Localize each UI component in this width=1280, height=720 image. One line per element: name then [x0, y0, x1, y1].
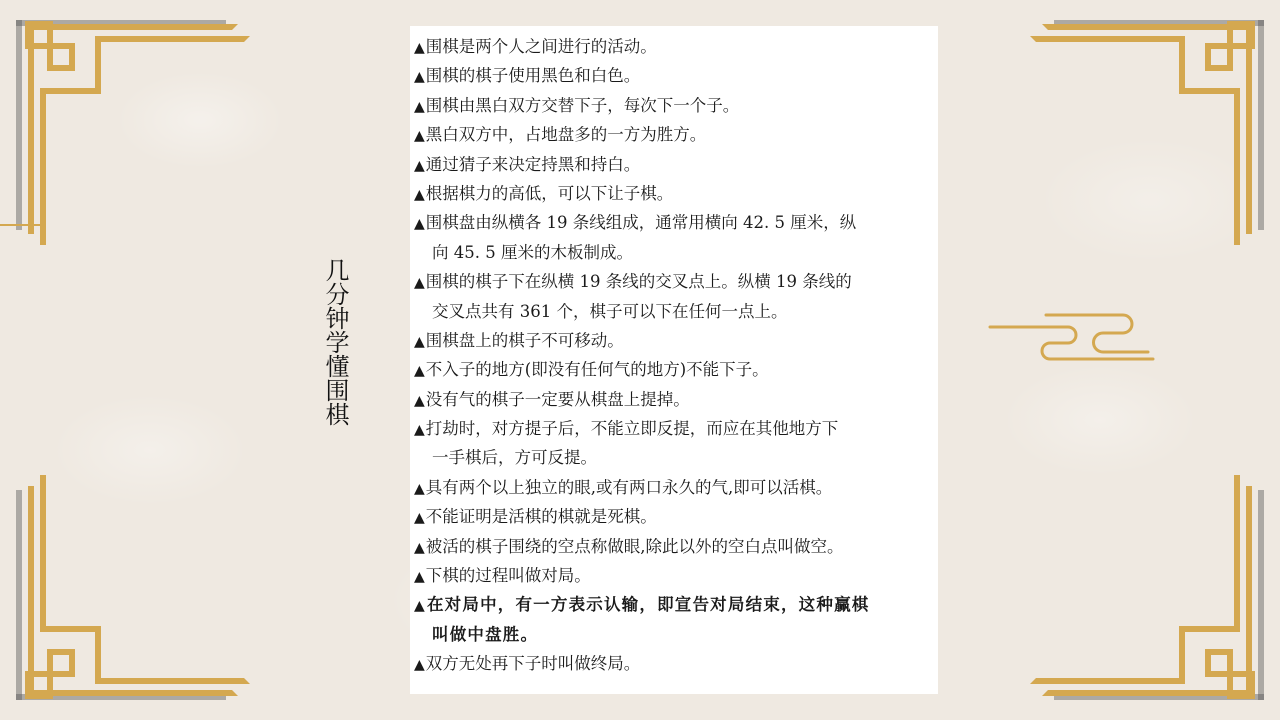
rule-item: ▲打劫时，对方提子后，不能立即反提，而应在其他地方下 [414, 414, 938, 443]
triangle-bullet-icon: ▲ [414, 187, 425, 203]
knot-border-icon [1020, 460, 1280, 720]
rule-item: ▲围棋盘上的棋子不可移动。 [414, 326, 938, 355]
knot-border-icon [0, 460, 260, 720]
rule-text: 围棋由黑白双方交替下子，每次下一个子。 [426, 96, 740, 115]
triangle-bullet-icon: ▲ [414, 657, 425, 673]
triangle-bullet-icon: ▲ [414, 540, 425, 556]
rule-item-continuation: 交叉点共有 361 个，棋子可以下在任何一点上。 [414, 297, 938, 326]
triangle-bullet-icon: ▲ [414, 393, 425, 409]
triangle-bullet-icon: ▲ [414, 569, 425, 585]
corner-ornament-bottom-left [0, 460, 260, 720]
triangle-bullet-icon: ▲ [414, 99, 425, 115]
cloud-swirl-icon [978, 312, 1158, 362]
page-title: 几分钟学懂围棋 [300, 258, 350, 426]
rule-text: 围棋盘由纵横各 19 条线组成，通常用横向 42. 5 厘米，纵 [426, 213, 856, 232]
corner-ornament-top-right [1020, 0, 1280, 260]
rule-item: ▲黑白双方中，占地盘多的一方为胜方。 [414, 120, 938, 149]
rule-text: 向 45. 5 厘米的木板制成。 [432, 243, 633, 262]
rule-text: 下棋的过程叫做对局。 [426, 566, 591, 585]
triangle-bullet-icon: ▲ [414, 422, 425, 438]
rule-item: ▲下棋的过程叫做对局。 [414, 561, 938, 590]
rules-document: ▲围棋是两个人之间进行的活动。▲围棋的棋子使用黑色和白色。▲围棋由黑白双方交替下… [410, 26, 938, 694]
triangle-bullet-icon: ▲ [414, 510, 425, 526]
rule-text: 打劫时，对方提子后，不能立即反提，而应在其他地方下 [426, 419, 839, 438]
rule-text: 双方无处再下子时叫做终局。 [426, 654, 641, 673]
rule-item: ▲通过猜子来决定持黑和持白。 [414, 150, 938, 179]
rule-text: 围棋的棋子下在纵横 19 条线的交叉点上。纵横 19 条线的 [426, 272, 852, 291]
triangle-bullet-icon: ▲ [414, 128, 425, 144]
triangle-bullet-icon: ▲ [414, 481, 425, 497]
rule-text: 交叉点共有 361 个，棋子可以下在任何一点上。 [432, 302, 787, 321]
rule-item: ▲在对局中，有一方表示认输，即宣告对局结束，这种赢棋 [414, 590, 938, 619]
rule-item: ▲不能证明是活棋的棋就是死棋。 [414, 502, 938, 531]
triangle-bullet-icon: ▲ [414, 69, 425, 85]
rule-item: ▲根据棋力的高低，可以下让子棋。 [414, 179, 938, 208]
triangle-bullet-icon: ▲ [414, 40, 425, 56]
rule-text: 具有两个以上独立的眼,或有两口永久的气,即可以活棋。 [426, 478, 833, 497]
corner-ornament-top-left [0, 0, 260, 260]
triangle-bullet-icon: ▲ [414, 216, 425, 232]
rule-item: ▲围棋是两个人之间进行的活动。 [414, 32, 938, 61]
rule-text: 叫做中盘胜。 [432, 625, 538, 644]
triangle-bullet-icon: ▲ [414, 334, 425, 350]
rule-text: 在对局中，有一方表示认输，即宣告对局结束，这种赢棋 [427, 595, 870, 614]
rule-text: 通过猜子来决定持黑和持白。 [426, 155, 641, 174]
rule-text: 没有气的棋子一定要从棋盘上提掉。 [426, 390, 690, 409]
rule-item: ▲围棋的棋子使用黑色和白色。 [414, 61, 938, 90]
rule-text: 不能证明是活棋的棋就是死棋。 [426, 507, 657, 526]
rule-item: ▲双方无处再下子时叫做终局。 [414, 649, 938, 678]
rule-text: 根据棋力的高低，可以下让子棋。 [426, 184, 674, 203]
rule-text: 围棋的棋子使用黑色和白色。 [426, 66, 641, 85]
rule-item: ▲不入子的地方(即没有任何气的地方)不能下子。 [414, 355, 938, 384]
rule-text: 围棋是两个人之间进行的活动。 [426, 37, 657, 56]
rule-text: 围棋盘上的棋子不可移动。 [426, 331, 624, 350]
rule-item: ▲围棋的棋子下在纵横 19 条线的交叉点上。纵横 19 条线的 [414, 267, 938, 296]
rule-item: ▲被活的棋子围绕的空点称做眼,除此以外的空白点叫做空。 [414, 532, 938, 561]
rule-text: 黑白双方中，占地盘多的一方为胜方。 [426, 125, 707, 144]
rule-item-continuation: 一手棋后，方可反提。 [414, 443, 938, 472]
rule-item: ▲围棋盘由纵横各 19 条线组成，通常用横向 42. 5 厘米，纵 [414, 208, 938, 237]
rule-text: 被活的棋子围绕的空点称做眼,除此以外的空白点叫做空。 [426, 537, 844, 556]
triangle-bullet-icon: ▲ [414, 598, 426, 614]
rule-item: ▲具有两个以上独立的眼,或有两口永久的气,即可以活棋。 [414, 473, 938, 502]
knot-border-icon [1020, 0, 1280, 260]
rule-item: ▲围棋由黑白双方交替下子，每次下一个子。 [414, 91, 938, 120]
knot-border-icon [0, 0, 260, 260]
triangle-bullet-icon: ▲ [414, 275, 425, 291]
rule-text: 一手棋后，方可反提。 [432, 448, 597, 467]
rule-item-continuation: 向 45. 5 厘米的木板制成。 [414, 238, 938, 267]
rule-item-continuation: 叫做中盘胜。 [414, 620, 938, 649]
triangle-bullet-icon: ▲ [414, 158, 425, 174]
decorative-rule [0, 224, 40, 226]
rule-item: ▲没有气的棋子一定要从棋盘上提掉。 [414, 385, 938, 414]
rule-text: 不入子的地方(即没有任何气的地方)不能下子。 [426, 360, 769, 379]
triangle-bullet-icon: ▲ [414, 363, 425, 379]
corner-ornament-bottom-right [1020, 460, 1280, 720]
